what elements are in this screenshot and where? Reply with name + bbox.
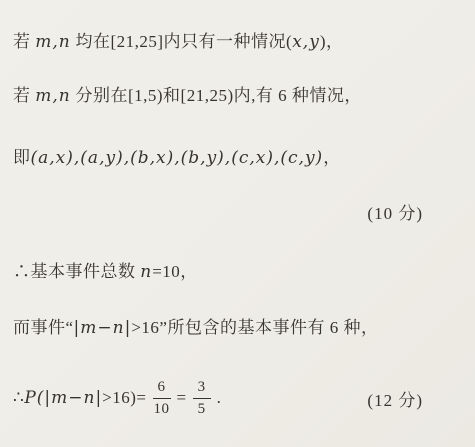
text-segment: ，: [323, 148, 341, 167]
math-pairs-segment: (a,x),(a,y),(b,x),(b,y),(c,x),(c,y): [31, 148, 324, 168]
solution-line-2: 若 m,n 分别在[1,5)和[21,25)内,有 6 种情况，: [13, 81, 362, 106]
probability-expression: P(|m−n|: [24, 388, 102, 408]
math-expression-segment: |m−n|: [74, 318, 132, 338]
fraction-denominator: 10: [154, 399, 170, 419]
text-segment: =10，: [152, 262, 198, 281]
solution-line-1: 若 m,n 均在[21,25]内只有一种情况(x,y)，: [13, 27, 344, 52]
solution-line-5: ∴基本事件总数 n=10，: [13, 257, 198, 282]
fraction-three-fifths: 3 5: [193, 378, 211, 419]
text-segment: 分别在[1,5)和[21,25)内,有 6 种情况，: [71, 86, 362, 105]
score-label-10: (10 分): [367, 199, 423, 224]
solution-line-6: 而事件“|m−n|>16”所包含的基本事件有 6 种，: [13, 313, 378, 338]
text-segment: 而事件“: [13, 318, 74, 337]
fraction-six-tenths: 6 10: [153, 378, 171, 419]
solution-line-7: ∴ P(|m−n| >16)= 6 10 = 3 5 .: [13, 374, 221, 422]
score-label-12: (12 分): [367, 386, 423, 411]
fraction-numerator: 3: [193, 378, 211, 399]
therefore-symbol: ∴: [13, 388, 24, 408]
text-segment: 若: [13, 86, 35, 105]
text-segment: 均在[21,25]内只有一种情况(: [71, 32, 292, 51]
math-solution-document: 若 m,n 均在[21,25]内只有一种情况(x,y)， 若 m,n 分别在[1…: [0, 0, 475, 447]
text-segment: >16”所包含的基本事件有 6 种，: [131, 318, 378, 337]
solution-line-3: 即(a,x),(a,y),(b,x),(b,y),(c,x),(c,y)，: [13, 143, 341, 168]
probability-expression-tail: >16)=: [102, 388, 146, 408]
period-mark: .: [217, 388, 222, 408]
text-segment: 即: [13, 148, 31, 167]
fraction-denominator: 5: [198, 399, 206, 419]
text-segment: 若: [13, 32, 35, 51]
math-variable-segment: n: [140, 262, 152, 282]
text-segment: ∴基本事件总数: [13, 262, 140, 281]
fraction-numerator: 6: [153, 378, 171, 399]
math-variable-segment: m,n: [35, 32, 70, 52]
math-variable-segment: x,y: [292, 32, 320, 52]
math-variable-segment: m,n: [35, 86, 70, 106]
equals-sign: =: [177, 388, 187, 408]
text-segment: )，: [320, 32, 344, 51]
